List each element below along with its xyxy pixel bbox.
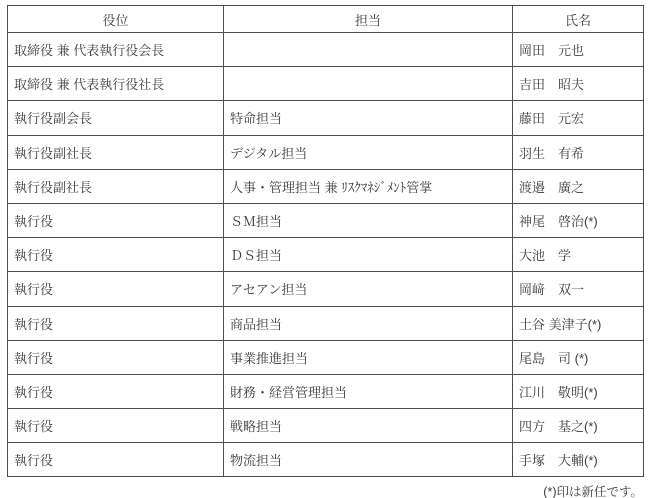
charge-cell <box>224 33 513 67</box>
charge-cell: アセアン担当 <box>224 272 513 306</box>
name-cell: 吉田 昭夫 <box>513 67 644 101</box>
position-cell: 執行役 <box>8 272 224 306</box>
name-cell: 土谷 美津子(*) <box>513 306 644 340</box>
position-cell: 執行役 <box>8 203 224 237</box>
table-row: 執行役 ＤＳ担当 大池 学 <box>8 238 644 272</box>
name-cell: 四方 基之(*) <box>513 409 644 443</box>
table-row: 執行役 財務・経営管理担当 江川 敬明(*) <box>8 374 644 408</box>
position-cell: 執行役副会長 <box>8 101 224 135</box>
table-row: 執行役副社長 人事・管理担当 兼 ﾘｽｸﾏﾈｼﾞﾒﾝﾄ管掌 渡邉 廣之 <box>8 169 644 203</box>
name-cell: 神尾 啓治(*) <box>513 203 644 237</box>
position-cell: 執行役 <box>8 443 224 477</box>
position-cell: 執行役副社長 <box>8 169 224 203</box>
table-row: 取締役 兼 代表執行役社長 吉田 昭夫 <box>8 67 644 101</box>
name-cell: 藤田 元宏 <box>513 101 644 135</box>
name-cell: 岡田 元也 <box>513 33 644 67</box>
name-cell: 尾島 司 (*) <box>513 340 644 374</box>
position-cell: 執行役 <box>8 238 224 272</box>
charge-cell: 事業推進担当 <box>224 340 513 374</box>
charge-cell: 戦略担当 <box>224 409 513 443</box>
name-cell: 大池 学 <box>513 238 644 272</box>
charge-cell <box>224 67 513 101</box>
name-cell: 手塚 大輔(*) <box>513 443 644 477</box>
charge-cell: 財務・経営管理担当 <box>224 374 513 408</box>
charge-cell: 商品担当 <box>224 306 513 340</box>
position-cell: 執行役 <box>8 340 224 374</box>
charge-cell: デジタル担当 <box>224 135 513 169</box>
name-cell: 羽生 有希 <box>513 135 644 169</box>
table-row: 執行役 事業推進担当 尾島 司 (*) <box>8 340 644 374</box>
table-row: 執行役副会長 特命担当 藤田 元宏 <box>8 101 644 135</box>
name-cell: 江川 敬明(*) <box>513 374 644 408</box>
header-position: 役位 <box>8 6 224 33</box>
table-row: 取締役 兼 代表執行役会長 岡田 元也 <box>8 33 644 67</box>
position-cell: 執行役 <box>8 374 224 408</box>
position-cell: 取締役 兼 代表執行役会長 <box>8 33 224 67</box>
position-cell: 執行役 <box>8 409 224 443</box>
table-row: 執行役 商品担当 土谷 美津子(*) <box>8 306 644 340</box>
name-cell: 渡邉 廣之 <box>513 169 644 203</box>
name-cell: 岡﨑 双一 <box>513 272 644 306</box>
footnote: (*)印は新任です。 <box>7 482 643 498</box>
executives-table: 役位 担当 氏名 取締役 兼 代表執行役会長 岡田 元也 取締役 兼 代表執行役… <box>7 5 644 477</box>
page: 役位 担当 氏名 取締役 兼 代表執行役会長 岡田 元也 取締役 兼 代表執行役… <box>0 0 650 498</box>
table-row: 執行役 物流担当 手塚 大輔(*) <box>8 443 644 477</box>
header-charge: 担当 <box>224 6 513 33</box>
charge-cell: 人事・管理担当 兼 ﾘｽｸﾏﾈｼﾞﾒﾝﾄ管掌 <box>224 169 513 203</box>
charge-cell: ＳＭ担当 <box>224 203 513 237</box>
position-cell: 取締役 兼 代表執行役社長 <box>8 67 224 101</box>
position-cell: 執行役副社長 <box>8 135 224 169</box>
header-row: 役位 担当 氏名 <box>8 6 644 33</box>
position-cell: 執行役 <box>8 306 224 340</box>
table-row: 執行役 戦略担当 四方 基之(*) <box>8 409 644 443</box>
charge-cell: 物流担当 <box>224 443 513 477</box>
table-row: 執行役副社長 デジタル担当 羽生 有希 <box>8 135 644 169</box>
table-row: 執行役 ＳＭ担当 神尾 啓治(*) <box>8 203 644 237</box>
charge-cell: ＤＳ担当 <box>224 238 513 272</box>
header-name: 氏名 <box>513 6 644 33</box>
charge-cell: 特命担当 <box>224 101 513 135</box>
table-row: 執行役 アセアン担当 岡﨑 双一 <box>8 272 644 306</box>
